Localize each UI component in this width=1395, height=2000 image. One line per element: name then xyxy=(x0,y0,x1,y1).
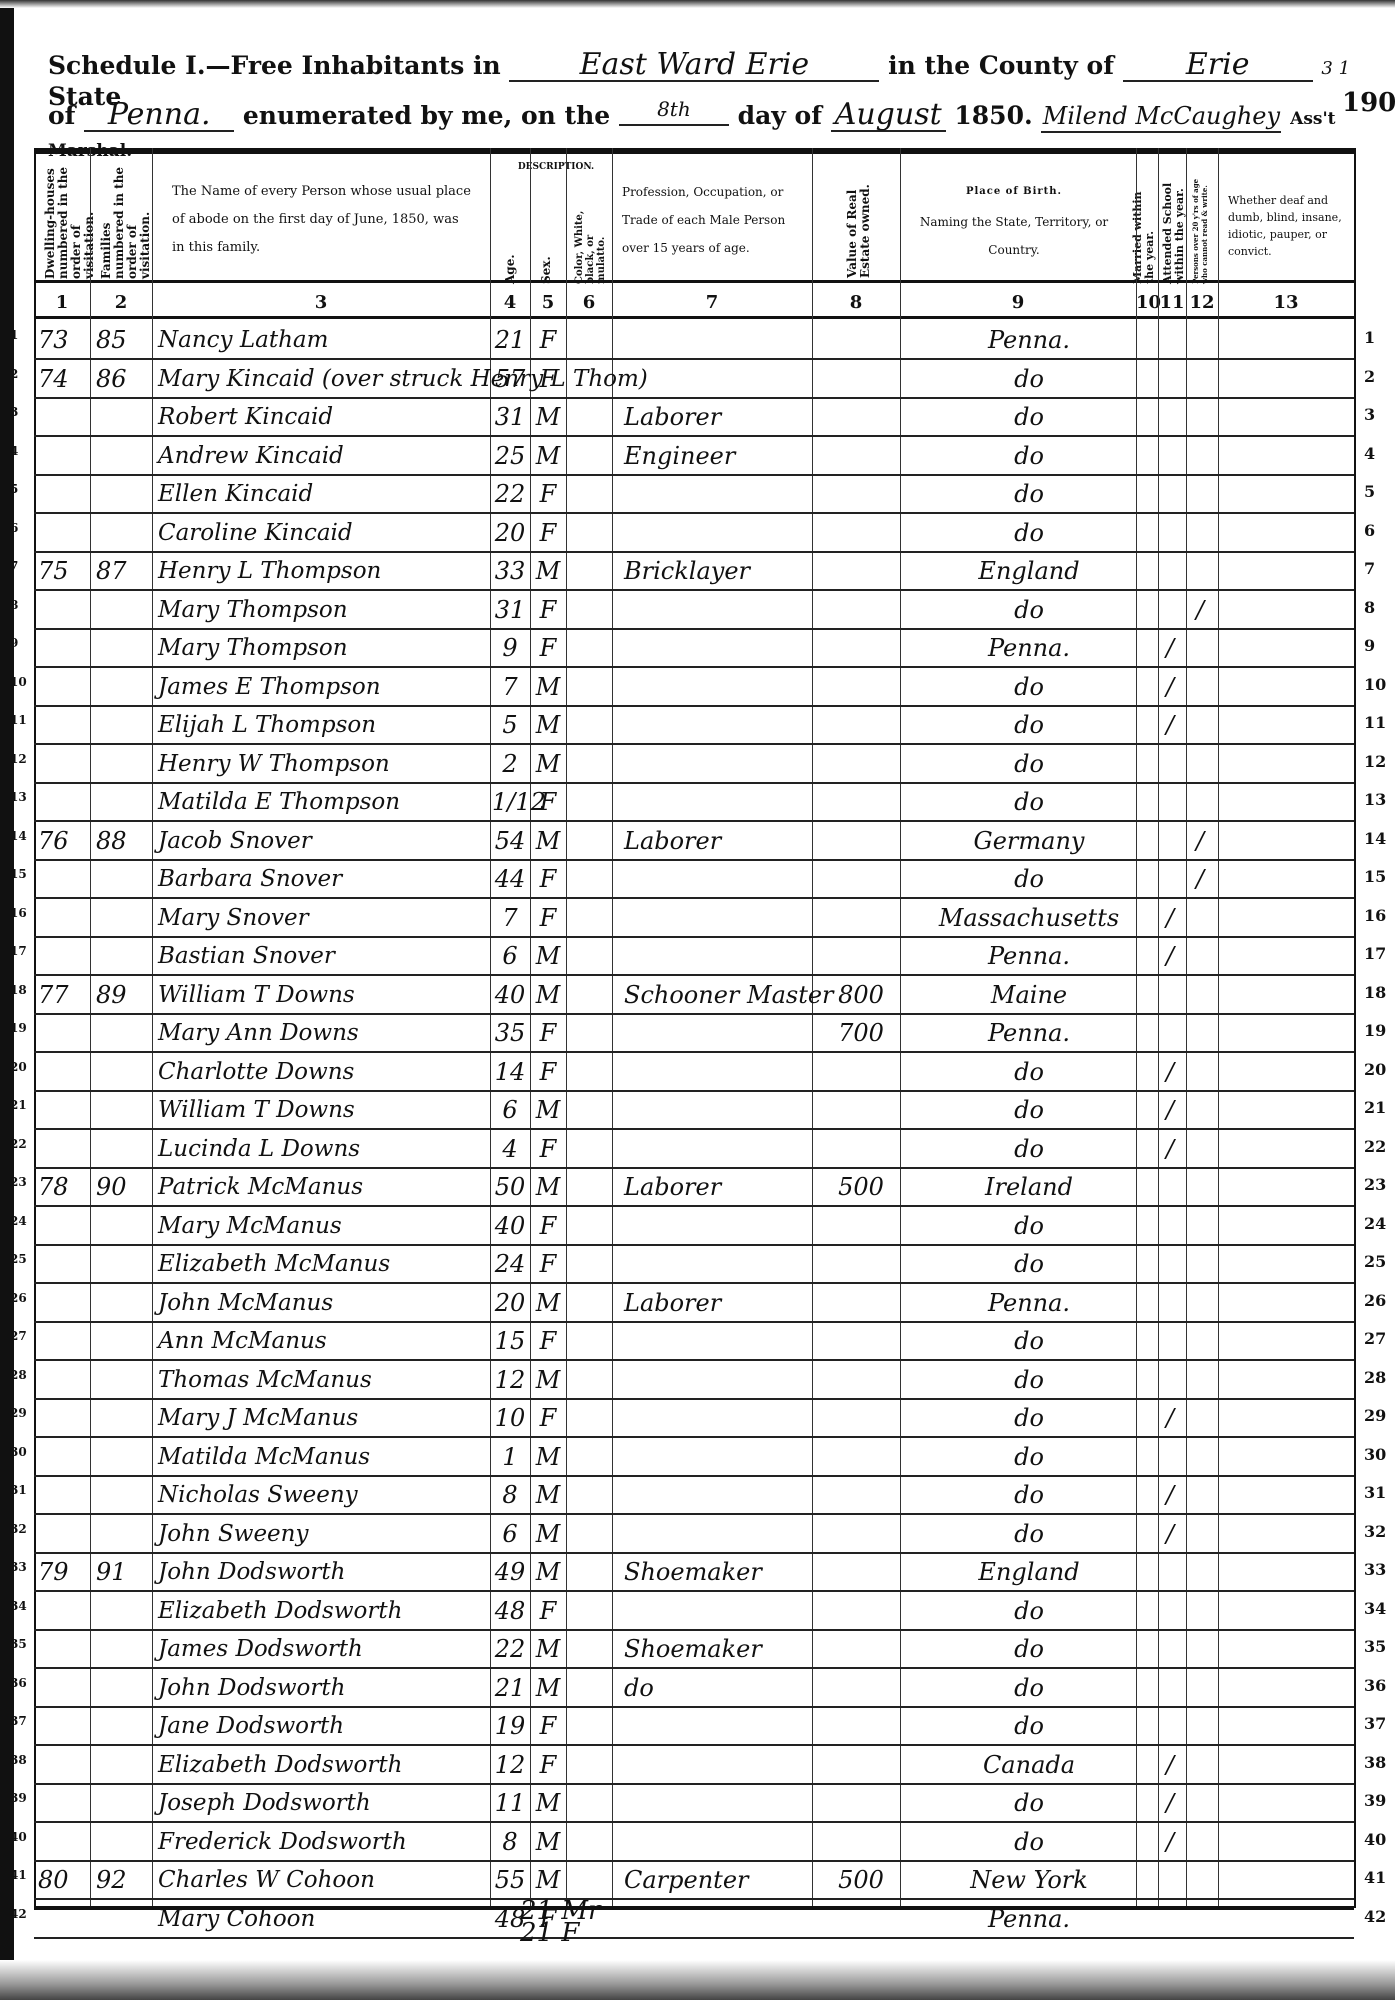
description-header: DESCRIPTION. xyxy=(496,160,616,175)
table-row: 3838Elizabeth Dodsworth12FCanada/ xyxy=(34,1745,1354,1785)
cell-notes xyxy=(1226,1402,1346,1434)
enumerated-label: enumerated by me, on the xyxy=(243,101,610,130)
cell-name: Elijah L Thompson xyxy=(158,709,488,741)
cell-sex: F xyxy=(532,902,564,934)
cell-name: James Dodsworth xyxy=(158,1633,488,1665)
cell-dwelling xyxy=(38,1402,88,1434)
cell-age: 21 xyxy=(492,1672,528,1704)
cell-notes xyxy=(1226,825,1346,857)
line-number-left: 34 xyxy=(10,1599,27,1613)
cell-age: 57 xyxy=(492,363,528,395)
cell-value xyxy=(824,1826,898,1858)
cell-dwelling xyxy=(38,863,88,895)
cell-dwelling xyxy=(38,1017,88,1049)
table-row: 4242Mary Cohoon48FPenna. xyxy=(34,1899,1354,1939)
day-label: day of xyxy=(738,101,822,130)
cell-age: 44 xyxy=(492,863,528,895)
cell-birthplace: do xyxy=(934,1056,1124,1088)
col-1-header: Dwelling-houses numbered in the order of… xyxy=(44,164,84,279)
line-number-right: 29 xyxy=(1364,1406,1386,1425)
cell-notes xyxy=(1226,1094,1346,1126)
cell-occupation xyxy=(624,1056,804,1088)
header-bottom-rule xyxy=(34,316,1354,319)
line-number-right: 5 xyxy=(1364,482,1375,501)
cell-family xyxy=(96,1633,148,1665)
cell-age: 6 xyxy=(492,1518,528,1550)
cell-occupation xyxy=(624,1710,804,1742)
table-row: 227486Mary Kincaid (over struck Henry L … xyxy=(34,359,1354,399)
table-row: 117385Nancy Latham21FPenna. xyxy=(34,320,1354,360)
cell-notes xyxy=(1226,324,1346,356)
cell-name: Thomas McManus xyxy=(158,1364,488,1396)
cell-birthplace: do xyxy=(934,1133,1124,1165)
cell-occupation xyxy=(624,1749,804,1781)
cell-sex: F xyxy=(532,594,564,626)
cell-sex: M xyxy=(532,1633,564,1665)
cell-sex: M xyxy=(532,940,564,972)
cell-name: Elizabeth Dodsworth xyxy=(158,1595,488,1627)
cell-birthplace: do xyxy=(934,786,1124,818)
cell-birthplace: do xyxy=(934,1672,1124,1704)
cell-notes xyxy=(1226,1364,1346,1396)
line-number-right: 6 xyxy=(1364,521,1375,540)
cell-birthplace: do xyxy=(934,1595,1124,1627)
table-row: 3131Nicholas Sweeny8Mdo/ xyxy=(34,1475,1354,1515)
cell-notes xyxy=(1226,632,1346,664)
cell-value xyxy=(824,363,898,395)
schedule-label: Schedule I.—Free Inhabitants in xyxy=(48,51,501,80)
header-rule xyxy=(34,280,1354,283)
line-number-left: 20 xyxy=(10,1060,27,1074)
cell-dwelling xyxy=(38,1248,88,1280)
line-number-left: 13 xyxy=(10,790,27,804)
cell-age: 33 xyxy=(492,555,528,587)
cell-notes xyxy=(1226,902,1346,934)
cell-sex: F xyxy=(532,863,564,895)
cell-value xyxy=(824,440,898,472)
line-number-right: 23 xyxy=(1364,1175,1386,1194)
line-number-right: 42 xyxy=(1364,1907,1386,1926)
cell-notes xyxy=(1226,1210,1346,1242)
line-number-left: 31 xyxy=(10,1483,27,1497)
table-row: 1010James E Thompson7Mdo/ xyxy=(34,667,1354,707)
cell-value xyxy=(824,594,898,626)
cell-dwelling xyxy=(38,902,88,934)
cell-sex: M xyxy=(532,748,564,780)
col-8-header: Value of Real Estate owned. xyxy=(846,168,876,278)
cell-birthplace: do xyxy=(934,1325,1124,1357)
cell-occupation: Laborer xyxy=(624,1171,804,1203)
cell-notes xyxy=(1226,979,1346,1011)
cell-age: 7 xyxy=(492,902,528,934)
cell-notes xyxy=(1226,709,1346,741)
cell-value xyxy=(824,1094,898,1126)
cell-name: Matilda E Thompson xyxy=(158,786,488,818)
line-number-left: 18 xyxy=(10,983,27,997)
cell-occupation: Laborer xyxy=(624,401,804,433)
line-number-left: 26 xyxy=(10,1291,27,1305)
cell-occupation xyxy=(624,1518,804,1550)
day-value: 8th xyxy=(619,94,729,126)
line-number-right: 36 xyxy=(1364,1676,1386,1695)
cell-notes xyxy=(1226,555,1346,587)
table-row: 1111Elijah L Thompson5Mdo/ xyxy=(34,705,1354,745)
line-number-left: 30 xyxy=(10,1445,27,1459)
line-number-right: 40 xyxy=(1364,1830,1386,1849)
column-number: 1 xyxy=(34,292,90,313)
line-number-right: 11 xyxy=(1364,713,1386,732)
cell-age: 10 xyxy=(492,1402,528,1434)
cell-occupation xyxy=(624,863,804,895)
line-number-left: 6 xyxy=(10,521,18,535)
cell-family xyxy=(96,1710,148,1742)
cell-birthplace: England xyxy=(934,555,1124,587)
cell-name: John Sweeny xyxy=(158,1518,488,1550)
table-row: 99Mary Thompson9FPenna./ xyxy=(34,628,1354,668)
cell-birthplace: Germany xyxy=(934,825,1124,857)
cell-value xyxy=(824,1518,898,1550)
state-value: Penna. xyxy=(84,100,234,132)
cell-age: 48 xyxy=(492,1595,528,1627)
cell-birthplace: do xyxy=(934,1826,1124,1858)
cell-name: Matilda McManus xyxy=(158,1441,488,1473)
cell-name: Mary Thompson xyxy=(158,632,488,664)
cell-occupation xyxy=(624,671,804,703)
cell-dwelling xyxy=(38,1826,88,1858)
cell-value xyxy=(824,940,898,972)
cell-family xyxy=(96,1210,148,1242)
mark-school: / xyxy=(1166,1481,1174,1509)
mark-illiterate: / xyxy=(1196,596,1204,624)
cell-notes xyxy=(1226,1518,1346,1550)
cell-age: 8 xyxy=(492,1479,528,1511)
cell-occupation xyxy=(624,748,804,780)
cell-dwelling xyxy=(38,1056,88,1088)
cell-occupation: do xyxy=(624,1672,804,1704)
cell-dwelling xyxy=(38,1441,88,1473)
line-number-left: 36 xyxy=(10,1676,27,1690)
line-number-left: 21 xyxy=(10,1098,27,1112)
cell-value xyxy=(824,709,898,741)
cell-notes xyxy=(1226,1672,1346,1704)
cell-notes xyxy=(1226,1787,1346,1819)
table-row: 2626John McManus20MLaborerPenna. xyxy=(34,1283,1354,1323)
table-row: 2727Ann McManus15Fdo xyxy=(34,1321,1354,1361)
cell-sex: F xyxy=(532,1133,564,1165)
table-row: 777587Henry L Thompson33MBricklayerEngla… xyxy=(34,551,1354,591)
cell-occupation xyxy=(624,1826,804,1858)
cell-family xyxy=(96,748,148,780)
cell-sex: M xyxy=(532,825,564,857)
cell-birthplace: Massachusetts xyxy=(934,902,1124,934)
cell-birthplace: do xyxy=(934,1210,1124,1242)
footer-tally: 21 Mr 21 F xyxy=(520,1900,600,1944)
cell-age: 21 xyxy=(492,324,528,356)
cell-sex: F xyxy=(532,1056,564,1088)
cell-notes xyxy=(1226,748,1346,780)
cell-notes xyxy=(1226,1017,1346,1049)
table-row: 1313Matilda E Thompson1/12Fdo xyxy=(34,782,1354,822)
cell-sex: M xyxy=(532,671,564,703)
cell-value xyxy=(824,1787,898,1819)
cell-sex: M xyxy=(532,1556,564,1588)
cell-dwelling xyxy=(38,671,88,703)
table-row: 2020Charlotte Downs14Fdo/ xyxy=(34,1052,1354,1092)
cell-birthplace: do xyxy=(934,1787,1124,1819)
cell-occupation: Carpenter xyxy=(624,1864,804,1896)
year-value: 1850. xyxy=(954,101,1032,130)
cell-name: James E Thompson xyxy=(158,671,488,703)
table-row: 2222Lucinda L Downs4Fdo/ xyxy=(34,1129,1354,1169)
cell-age: 54 xyxy=(492,825,528,857)
place-value: East Ward Erie xyxy=(509,50,879,82)
cell-dwelling xyxy=(38,1672,88,1704)
line-number-right: 16 xyxy=(1364,906,1386,925)
cell-family xyxy=(96,786,148,818)
line-number-left: 9 xyxy=(10,636,18,650)
line-number-right: 10 xyxy=(1364,675,1386,694)
cell-age: 50 xyxy=(492,1171,528,1203)
cell-dwelling xyxy=(38,1364,88,1396)
cell-notes xyxy=(1226,1287,1346,1319)
cell-family: 90 xyxy=(96,1171,148,1203)
cell-dwelling xyxy=(38,1287,88,1319)
cell-name: Jane Dodsworth xyxy=(158,1710,488,1742)
cell-family xyxy=(96,1133,148,1165)
cell-age: 8 xyxy=(492,1826,528,1858)
line-number-left: 4 xyxy=(10,444,18,458)
mark-school: / xyxy=(1166,1096,1174,1124)
cell-dwelling xyxy=(38,517,88,549)
cell-notes xyxy=(1226,401,1346,433)
col-12-header: Persons over 20 y'rs of age who cannot r… xyxy=(1191,168,1215,284)
cell-family xyxy=(96,709,148,741)
col-6-header: Color, White, black, or mulatto. xyxy=(574,194,604,284)
cell-sex: M xyxy=(532,1287,564,1319)
column-number: 4 xyxy=(490,292,530,313)
cell-name: Nicholas Sweeny xyxy=(158,1479,488,1511)
cell-birthplace: do xyxy=(934,401,1124,433)
cell-name: Jacob Snover xyxy=(158,825,488,857)
table-bottom-rule xyxy=(34,1906,1354,1910)
cell-value xyxy=(824,902,898,934)
cell-age: 15 xyxy=(492,1325,528,1357)
cell-occupation: Schooner Master xyxy=(624,979,804,1011)
cell-birthplace: do xyxy=(934,671,1124,703)
cell-value xyxy=(824,1672,898,1704)
cell-family xyxy=(96,1248,148,1280)
page-number: 190 xyxy=(1342,88,1395,118)
cell-birthplace: do xyxy=(934,440,1124,472)
line-number-left: 14 xyxy=(10,829,27,843)
cell-dwelling: 77 xyxy=(38,979,88,1011)
cell-family xyxy=(96,671,148,703)
mark-school: / xyxy=(1166,1751,1174,1779)
cell-dwelling xyxy=(38,748,88,780)
cell-age: 6 xyxy=(492,1094,528,1126)
line-number-right: 7 xyxy=(1364,559,1375,578)
cell-age: 9 xyxy=(492,632,528,664)
cell-sex: F xyxy=(532,1325,564,1357)
cell-occupation xyxy=(624,1210,804,1242)
cell-dwelling xyxy=(38,1633,88,1665)
col-3-header: The Name of every Person whose usual pla… xyxy=(172,178,472,262)
mark-school: / xyxy=(1166,1058,1174,1086)
cell-name: Robert Kincaid xyxy=(158,401,488,433)
cell-value xyxy=(824,555,898,587)
column-number: 9 xyxy=(900,292,1136,313)
table-row: 3232John Sweeny6Mdo/ xyxy=(34,1514,1354,1554)
cell-family xyxy=(96,517,148,549)
cell-value xyxy=(824,1133,898,1165)
cell-notes xyxy=(1226,1479,1346,1511)
cell-family xyxy=(96,1017,148,1049)
cell-dwelling xyxy=(38,1325,88,1357)
column-number: 12 xyxy=(1186,292,1218,313)
cell-dwelling: 74 xyxy=(38,363,88,395)
month-value: August xyxy=(831,100,946,132)
cell-sex: F xyxy=(532,1595,564,1627)
cell-dwelling xyxy=(38,1595,88,1627)
cell-dwelling xyxy=(38,594,88,626)
cell-occupation xyxy=(624,1441,804,1473)
column-number: 6 xyxy=(566,292,612,313)
line-number-right: 12 xyxy=(1364,752,1386,771)
cell-sex: M xyxy=(532,555,564,587)
table-row: 1919Mary Ann Downs35F700Penna. xyxy=(34,1013,1354,1053)
cell-name: Elizabeth Dodsworth xyxy=(158,1749,488,1781)
cell-notes xyxy=(1226,478,1346,510)
cell-age: 31 xyxy=(492,401,528,433)
line-number-right: 22 xyxy=(1364,1137,1386,1156)
scan-border-left xyxy=(0,0,14,2000)
line-number-right: 37 xyxy=(1364,1714,1386,1733)
cell-notes xyxy=(1226,1171,1346,1203)
cell-age: 14 xyxy=(492,1056,528,1088)
cell-notes xyxy=(1226,517,1346,549)
column-number: 2 xyxy=(90,292,152,313)
line-number-left: 39 xyxy=(10,1791,27,1805)
line-number-left: 3 xyxy=(10,405,18,419)
line-number-left: 17 xyxy=(10,944,27,958)
cell-dwelling xyxy=(38,1787,88,1819)
cell-occupation xyxy=(624,1094,804,1126)
line-number-right: 27 xyxy=(1364,1329,1386,1348)
cell-family xyxy=(96,594,148,626)
cell-age: 12 xyxy=(492,1749,528,1781)
county-annotation: 3 1 xyxy=(1321,58,1350,79)
cell-notes xyxy=(1226,1826,1346,1858)
cell-dwelling xyxy=(38,478,88,510)
col-5-header: Sex. xyxy=(540,244,556,284)
column-number: 10 xyxy=(1136,292,1158,313)
cell-birthplace: Penna. xyxy=(934,632,1124,664)
column-number: 8 xyxy=(812,292,900,313)
table-row: 33337991John Dodsworth49MShoemakerEnglan… xyxy=(34,1552,1354,1592)
cell-notes xyxy=(1226,1710,1346,1742)
cell-sex: F xyxy=(532,1210,564,1242)
cell-value xyxy=(824,401,898,433)
table-row: 1616Mary Snover7FMassachusetts/ xyxy=(34,898,1354,938)
cell-value xyxy=(824,517,898,549)
line-number-right: 8 xyxy=(1364,598,1375,617)
county-value: Erie xyxy=(1123,50,1313,82)
mark-school: / xyxy=(1166,711,1174,739)
table-row: 1515Barbara Snover44Fdo/ xyxy=(34,859,1354,899)
line-number-left: 12 xyxy=(10,752,27,766)
cell-occupation: Laborer xyxy=(624,1287,804,1319)
cell-value xyxy=(824,632,898,664)
cell-family xyxy=(96,1325,148,1357)
cell-age: 22 xyxy=(492,478,528,510)
cell-name: Andrew Kincaid xyxy=(158,440,488,472)
cell-notes xyxy=(1226,786,1346,818)
cell-value xyxy=(824,1287,898,1319)
column-number: 11 xyxy=(1158,292,1186,313)
cell-dwelling xyxy=(38,632,88,664)
cell-notes xyxy=(1226,671,1346,703)
cell-age: 22 xyxy=(492,1633,528,1665)
cell-birthplace: do xyxy=(934,1402,1124,1434)
line-number-right: 38 xyxy=(1364,1753,1386,1772)
table-row: 2929Mary J McManus10Fdo/ xyxy=(34,1398,1354,1438)
cell-value xyxy=(824,1248,898,1280)
cell-notes xyxy=(1226,1056,1346,1088)
cell-name: Caroline Kincaid xyxy=(158,517,488,549)
cell-family xyxy=(96,1402,148,1434)
cell-occupation xyxy=(624,1133,804,1165)
cell-sex: F xyxy=(532,1017,564,1049)
cell-name: Mary Kincaid (over struck Henry L Thom) xyxy=(158,363,488,395)
cell-value xyxy=(824,1441,898,1473)
cell-value xyxy=(824,1595,898,1627)
cell-sex: M xyxy=(532,1518,564,1550)
line-number-right: 13 xyxy=(1364,790,1386,809)
line-number-left: 7 xyxy=(10,559,18,573)
cell-value xyxy=(824,786,898,818)
line-number-left: 35 xyxy=(10,1637,27,1651)
cell-dwelling xyxy=(38,709,88,741)
cell-age: 25 xyxy=(492,440,528,472)
cell-age: 19 xyxy=(492,1710,528,1742)
line-number-right: 19 xyxy=(1364,1021,1386,1040)
cell-name: Mary Ann Downs xyxy=(158,1017,488,1049)
cell-value: 700 xyxy=(824,1017,898,1049)
cell-notes xyxy=(1226,363,1346,395)
cell-age: 7 xyxy=(492,671,528,703)
line-number-left: 11 xyxy=(10,713,27,727)
table-row: 3535James Dodsworth22MShoemakerdo xyxy=(34,1629,1354,1669)
cell-dwelling: 73 xyxy=(38,324,88,356)
cell-family xyxy=(96,1441,148,1473)
mark-illiterate: / xyxy=(1196,865,1204,893)
cell-occupation xyxy=(624,478,804,510)
cell-birthplace: do xyxy=(934,1441,1124,1473)
cell-occupation xyxy=(624,324,804,356)
line-number-right: 4 xyxy=(1364,444,1375,463)
cell-sex: M xyxy=(532,1826,564,1858)
cell-family xyxy=(96,1056,148,1088)
cell-birthplace: do xyxy=(934,517,1124,549)
cell-sex: F xyxy=(532,363,564,395)
cell-dwelling xyxy=(38,1094,88,1126)
line-number-right: 20 xyxy=(1364,1060,1386,1079)
cell-value xyxy=(824,1749,898,1781)
table-row: 1717Bastian Snover6MPenna./ xyxy=(34,936,1354,976)
cell-age: 35 xyxy=(492,1017,528,1049)
line-number-right: 9 xyxy=(1364,636,1375,655)
table-row: 3434Elizabeth Dodsworth48Fdo xyxy=(34,1591,1354,1631)
